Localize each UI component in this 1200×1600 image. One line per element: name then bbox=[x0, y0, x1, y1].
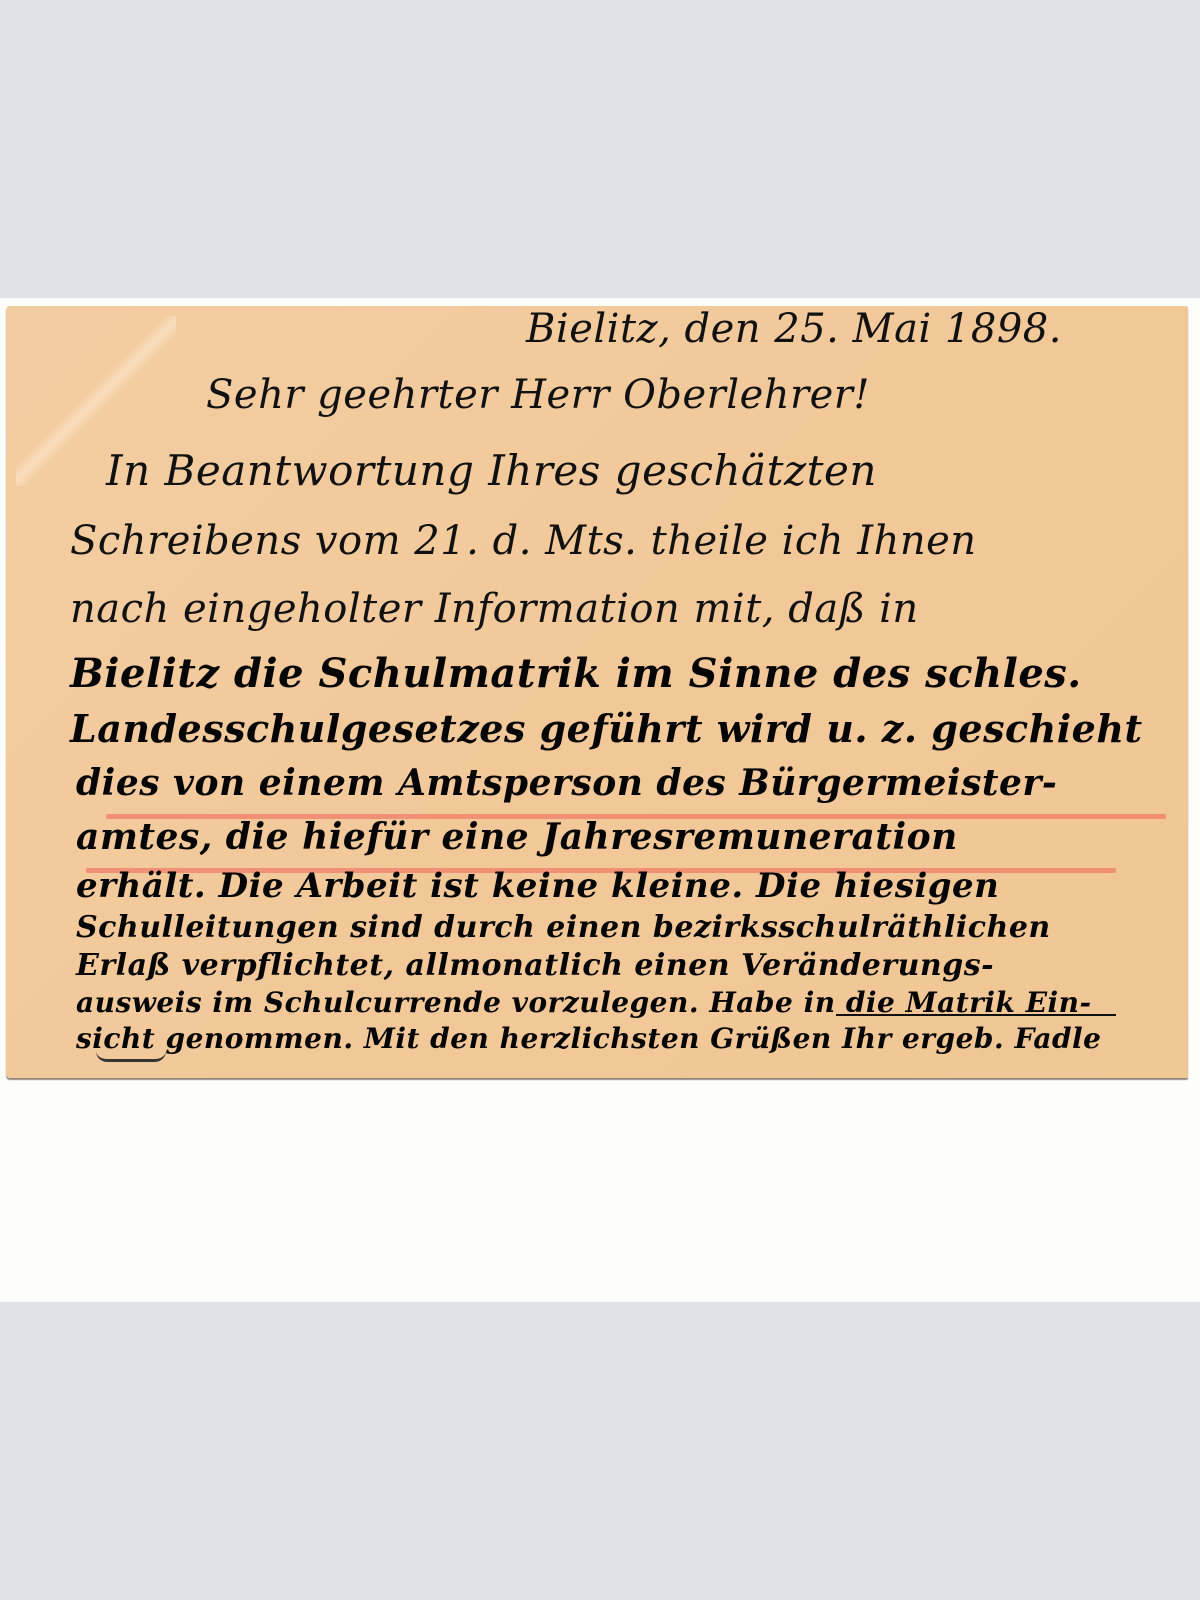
body-line-7: amtes, die hiefür eine Jahresremuneratio… bbox=[76, 816, 958, 858]
body-line-12: sicht genommen. Mit den herzlichsten Grü… bbox=[76, 1022, 1102, 1055]
body-line-10: Erlaß verpflichtet, allmonatlich einen V… bbox=[76, 948, 994, 983]
body-line-6: dies von einem Amtsperson des Bürgermeis… bbox=[76, 762, 1057, 804]
body-line-9: Schulleitungen sind durch einen bezirkss… bbox=[76, 910, 1051, 945]
body-line-11: ausweis im Schulcurrende vorzulegen. Hab… bbox=[76, 986, 1092, 1019]
body-line-4: Bielitz die Schulmatrik im Sinne des sch… bbox=[70, 650, 1082, 697]
date-line: Bielitz, den 25. Mai 1898. bbox=[526, 306, 1062, 352]
body-line-8: erhält. Die Arbeit ist keine kleine. Die… bbox=[76, 866, 999, 906]
salutation: Sehr geehrter Herr Oberlehrer! bbox=[206, 372, 870, 418]
body-line-2: Schreibens vom 21. d. Mts. theile ich Ih… bbox=[70, 518, 977, 564]
postcard: Bielitz, den 25. Mai 1898. Sehr geehrter… bbox=[6, 306, 1188, 1078]
body-line-1: In Beantwortung Ihres geschätzten bbox=[106, 446, 877, 495]
body-line-3: nach eingeholter Information mit, daß in bbox=[70, 586, 919, 632]
body-line-5: Landesschulgesetzes geführt wird u. z. g… bbox=[70, 706, 1143, 751]
